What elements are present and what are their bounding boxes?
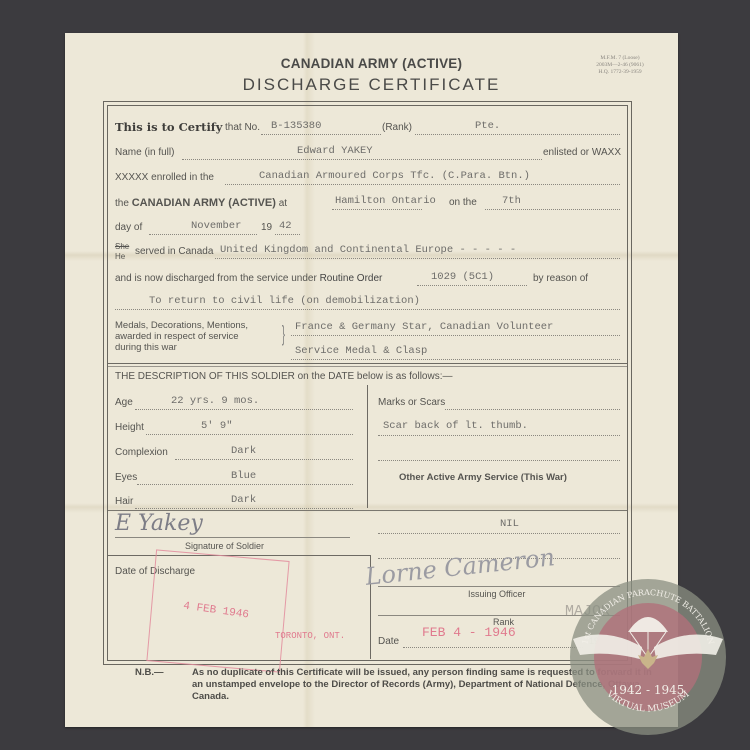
form-number: M.F.M. 7 (Loose) 2003M—2-46 (9061) H.Q. … bbox=[565, 55, 675, 76]
complexion-label: Complexion bbox=[115, 447, 168, 458]
hair-value: Dark bbox=[231, 494, 256, 506]
other-service-heading: Other Active Army Service (This War) bbox=[399, 472, 567, 483]
reason-label: by reason of bbox=[533, 273, 588, 284]
rank-value: Pte. bbox=[475, 120, 500, 132]
day-of-label: day of bbox=[115, 222, 142, 233]
description-heading: THE DESCRIPTION OF THIS SOLDIER on the D… bbox=[115, 371, 453, 382]
rank-label: (Rank) bbox=[382, 122, 412, 133]
year-prefix: 19 bbox=[261, 222, 272, 233]
logo-years: 1942 - 1945 bbox=[612, 683, 685, 697]
marks-label: Marks or Scars bbox=[378, 397, 445, 408]
on-the-label: on the bbox=[449, 197, 477, 208]
enlist-month: November bbox=[191, 220, 241, 232]
unit-value: Canadian Armoured Corps Tfc. (C.Para. Bt… bbox=[259, 170, 530, 182]
full-name: Edward YAKEY bbox=[297, 145, 373, 157]
medals-line-2: Service Medal & Clasp bbox=[295, 345, 427, 357]
enlist-day: 7th bbox=[502, 195, 521, 207]
date-label: Date bbox=[378, 636, 399, 647]
age-value: 22 yrs. 9 mos. bbox=[171, 395, 259, 407]
stamp-place: TORONTO, ONT. bbox=[275, 631, 345, 641]
height-value: 5' 9" bbox=[201, 420, 233, 432]
number-label: that No. bbox=[225, 122, 260, 133]
medals-brace: } bbox=[282, 319, 285, 349]
eyes-value: Blue bbox=[231, 470, 256, 482]
eyes-label: Eyes bbox=[115, 472, 137, 483]
height-label: Height bbox=[115, 422, 144, 433]
enrolled-label: XXXXX enrolled in the bbox=[115, 172, 214, 183]
served-label: served in Canada bbox=[135, 246, 213, 257]
hair-label: Hair bbox=[115, 496, 133, 507]
certificate-title: DISCHARGE CERTIFICATE bbox=[65, 75, 678, 95]
certify-lead: This is to Certify bbox=[115, 120, 222, 134]
age-label: Age bbox=[115, 397, 133, 408]
service-number: B-135380 bbox=[271, 120, 321, 132]
issuing-officer-label: Issuing Officer bbox=[468, 589, 525, 599]
discharge-reason: To return to civil life (on demobilizati… bbox=[149, 295, 420, 307]
marks-value: Scar back of lt. thumb. bbox=[383, 420, 528, 432]
date-stamp: FEB 4 - 1946 bbox=[422, 625, 516, 640]
complexion-value: Dark bbox=[231, 445, 256, 457]
enlist-year: 42 bbox=[279, 220, 292, 232]
soldier-signature: E Yakey bbox=[115, 511, 203, 536]
other-service-value: NIL bbox=[500, 518, 519, 530]
medals-label: Medals, Decorations, Mentions, awarded i… bbox=[115, 320, 248, 353]
name-label: Name (in full) bbox=[115, 147, 174, 158]
army-prefix: the CANADIAN ARMY (ACTIVE) at bbox=[115, 197, 287, 209]
parachute-battalion-logo: 1942 - 1945 1st CANADIAN PARACHUTE BATTA… bbox=[568, 577, 728, 737]
discharged-label: and is now discharged from the service u… bbox=[115, 273, 382, 284]
routine-order: 1029 (5C1) bbox=[431, 271, 494, 283]
enlisted-label: enlisted or WAXX bbox=[543, 147, 621, 158]
medals-line-1: France & Germany Star, Canadian Voluntee… bbox=[295, 321, 553, 333]
pronoun: He bbox=[115, 252, 125, 261]
enlist-location: Hamilton Ontario bbox=[335, 195, 436, 207]
soldier-signature-label: Signature of Soldier bbox=[185, 541, 264, 551]
pronoun-struck: She bbox=[115, 242, 129, 251]
served-where: United Kingdom and Continental Europe - … bbox=[220, 244, 516, 256]
